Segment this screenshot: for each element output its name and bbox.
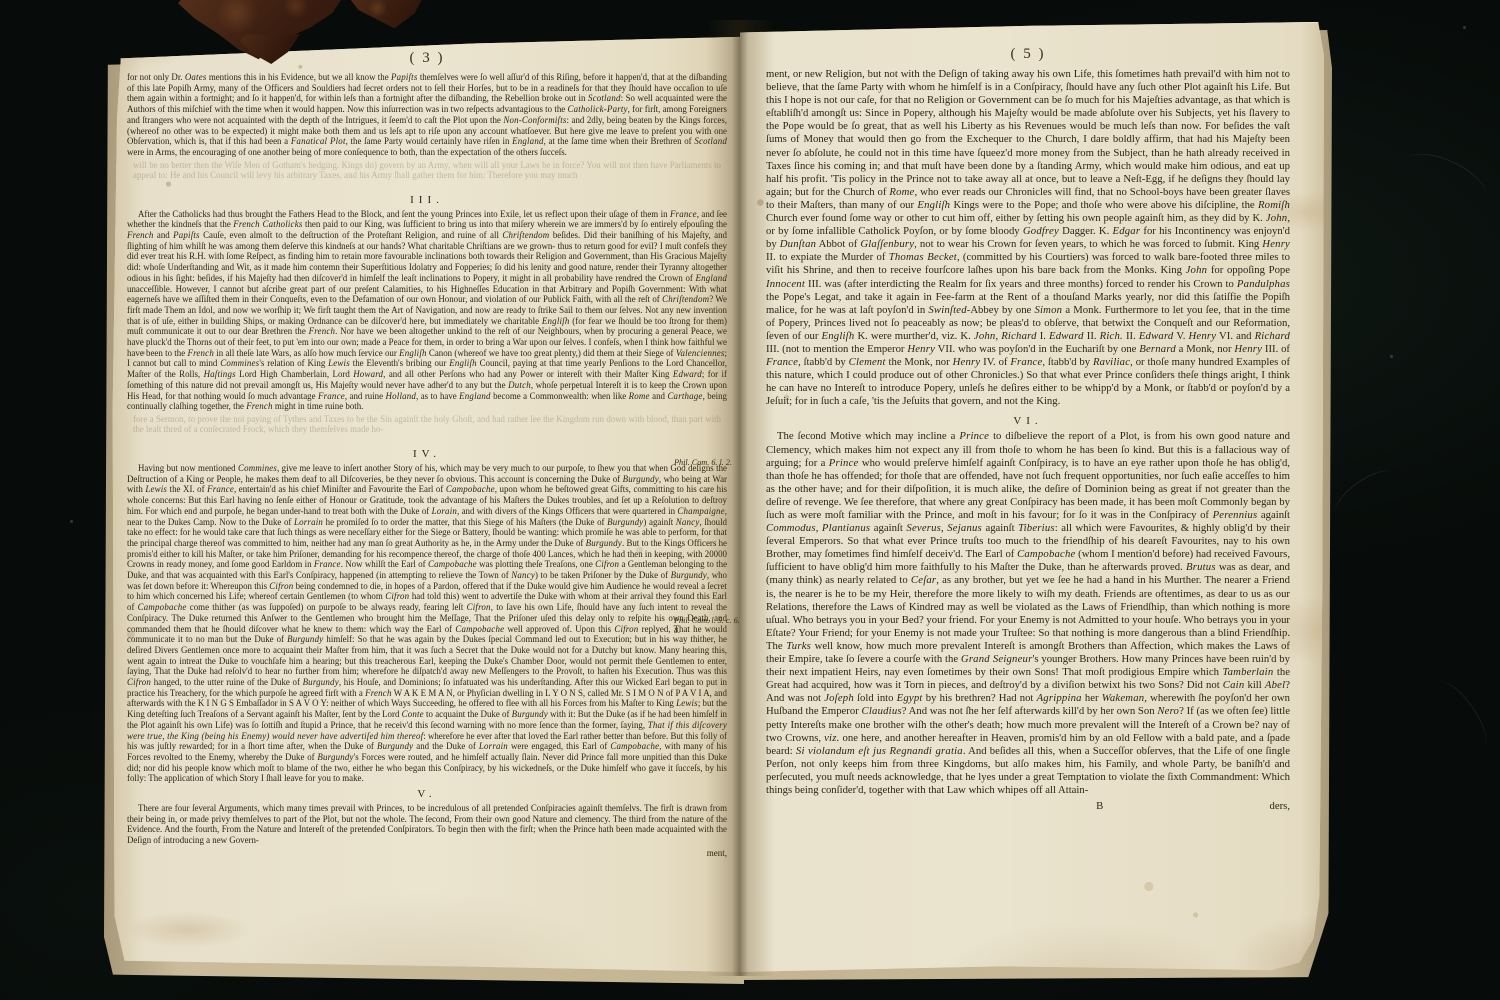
paragraph-section-vi: The ſecond Motive which may incline a Pr… — [766, 430, 1290, 797]
photo-background: { "photo": { "description": "Photograph … — [0, 0, 1500, 1000]
page-left: ( 3 ) for not only Dr. Oates mentions th… — [112, 34, 740, 972]
dust-speck — [1390, 355, 1393, 358]
signature-catchword-line: B ders, — [766, 800, 1290, 812]
paragraph-continuation-right: ment, or new Religion, but not with the … — [766, 68, 1290, 408]
catchword-left-line: ment, — [127, 848, 727, 858]
fiber-strand — [1424, 674, 1495, 757]
page-number-right: ( 5 ) — [766, 46, 1290, 63]
margin-note-phil-com-2: Phil. Com. l. 5. c. 6. 8. — [674, 616, 740, 635]
page-right: ( 5 ) ment, or new Religion, but not wit… — [740, 22, 1324, 972]
dust-speck — [70, 520, 73, 523]
page-left-text-column: ( 3 ) for not only Dr. Oates mentions th… — [127, 50, 727, 858]
dust-speck — [1463, 26, 1466, 29]
catchword: ment, — [707, 848, 727, 858]
paragraph-continuation: for not only Dr. Oates mentions this in … — [127, 72, 727, 158]
section-heading-iv: IV. — [127, 448, 727, 460]
signature-mark: B — [1096, 800, 1103, 812]
leather-fragment-small — [346, 0, 424, 34]
page-number-left: ( 3 ) — [127, 50, 727, 67]
paragraph-section-iv: Having but now mentioned Commines, give … — [127, 463, 727, 784]
margin-note-phil-com-1: Phil. Com. 6. l. 2. — [674, 458, 740, 468]
showthrough-text: fore a Sermon, to prove the not paying o… — [127, 412, 727, 444]
showthrough-text: will be no better then the Wiſe Men of G… — [127, 158, 727, 190]
fiber-strand — [1329, 462, 1402, 524]
section-heading-v: V. — [127, 788, 727, 800]
catchword: ders, — [1270, 800, 1290, 812]
page-right-text-column: ( 5 ) ment, or new Religion, but not wit… — [766, 46, 1290, 812]
section-heading-iii: III. — [127, 194, 727, 206]
fiber-strand — [1396, 143, 1495, 218]
section-heading-vi: VI. — [766, 415, 1290, 427]
paragraph-section-iii: After the Catholicks had thus brought th… — [127, 209, 727, 412]
paragraph-section-v: There are four ſeveral Arguments, which … — [127, 803, 727, 846]
